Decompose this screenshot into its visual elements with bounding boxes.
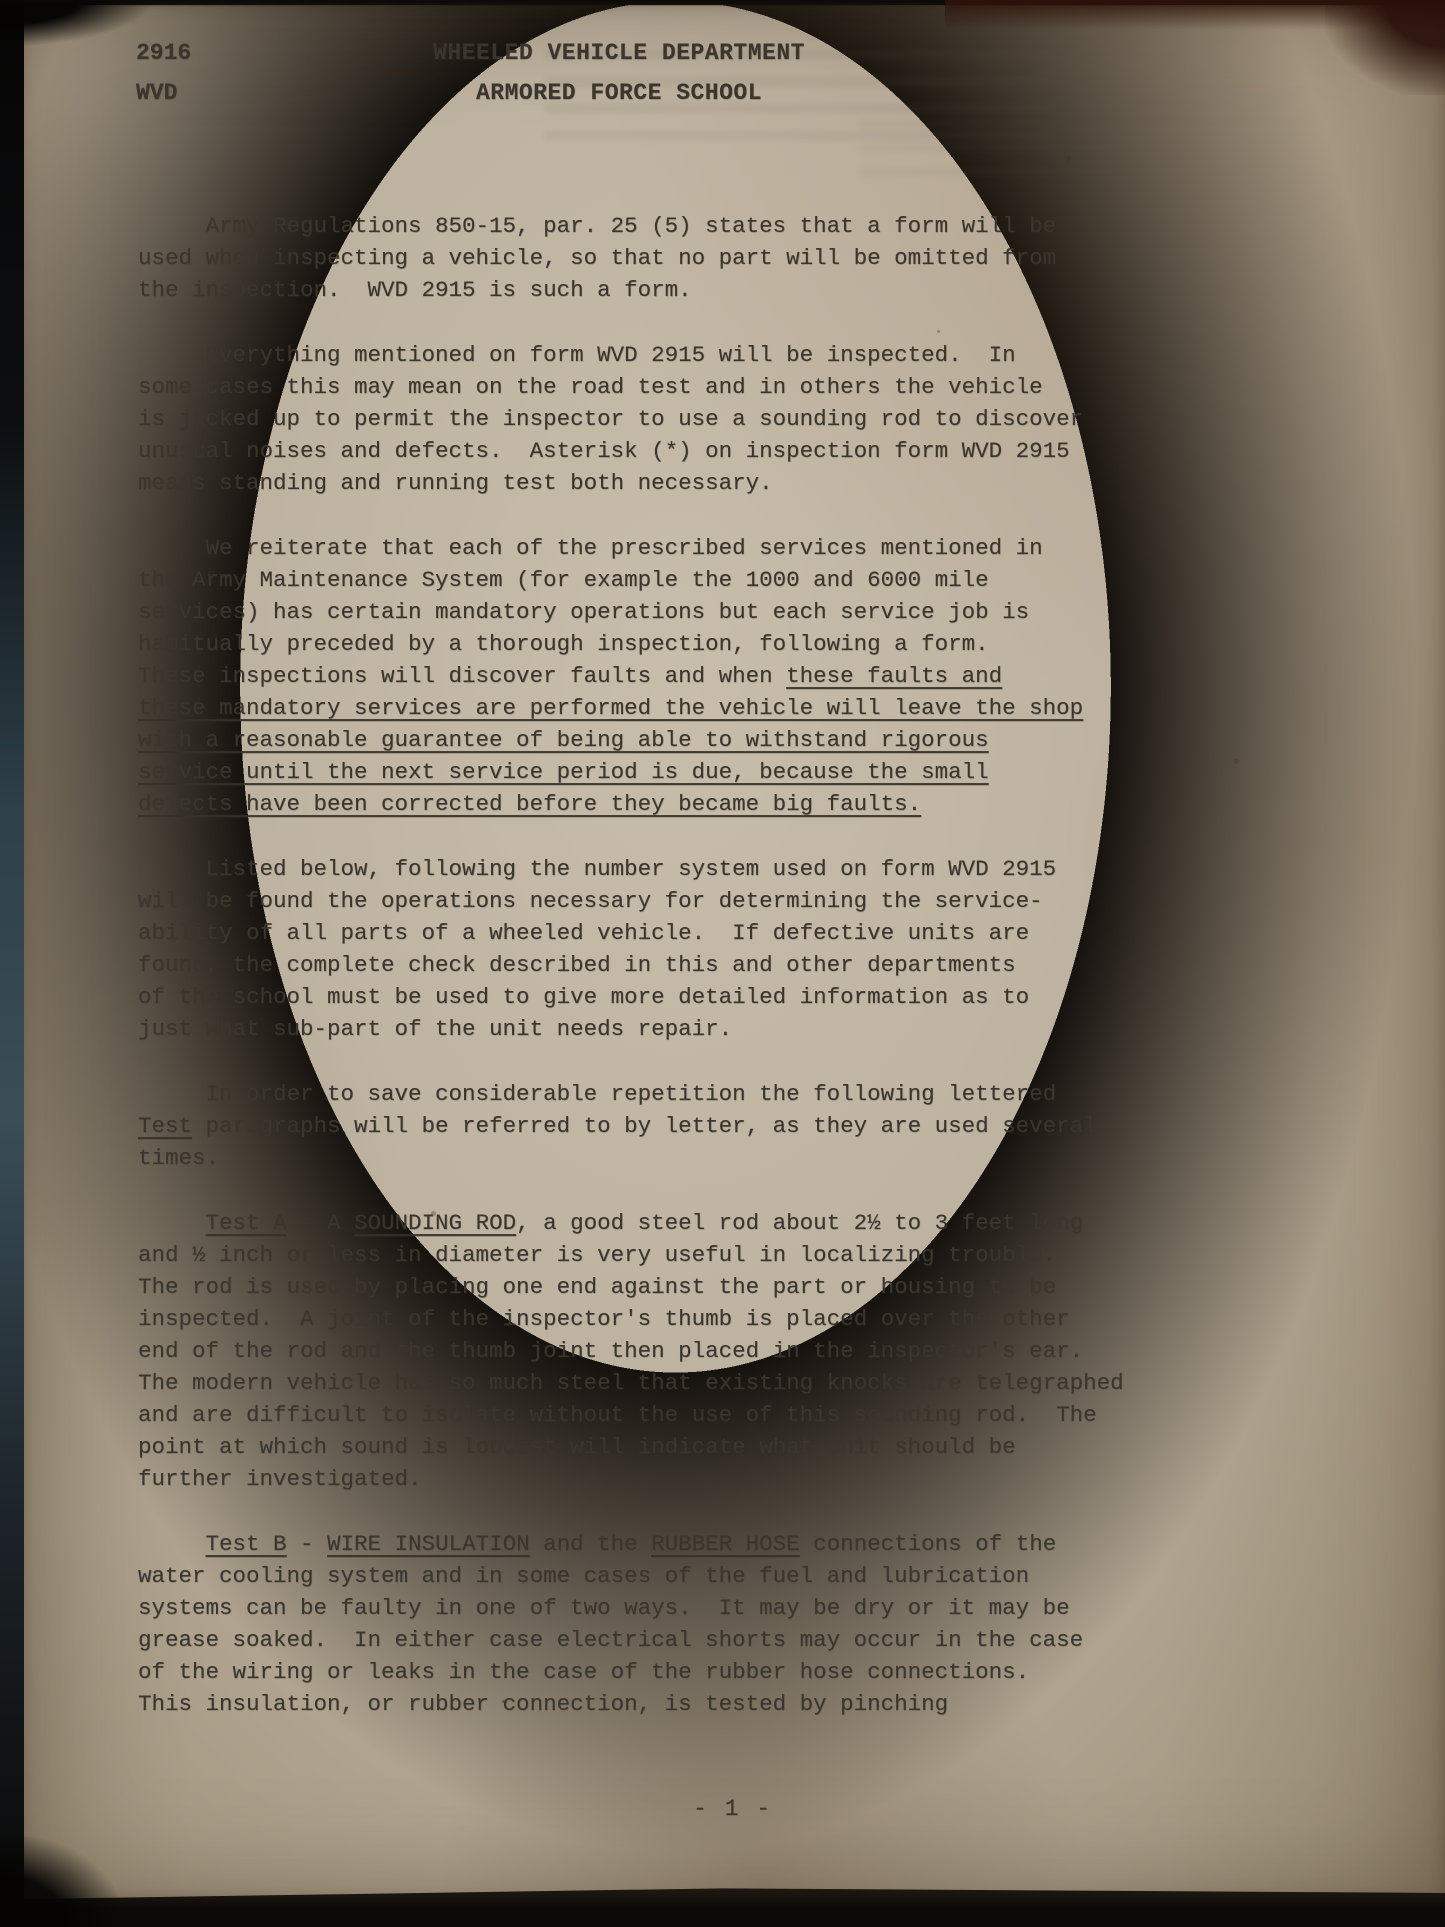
text-line: Everything mentioned on form WVD 2915 wi… [138,339,1124,371]
text-line: is jacked up to permit the inspector to … [138,403,1124,435]
text-line: habitually preceded by a thorough inspec… [138,628,1124,660]
text-line: found, the complete check described in t… [138,949,1124,981]
header-title-line2: ARMORED FORCE SCHOOL [476,80,762,106]
paragraph: Listed below, following the number syste… [138,853,1124,1045]
paragraph: We reiterate that each of the prescribed… [138,532,1124,820]
text-line: Army Regulations 850-15, par. 25 (5) sta… [138,210,1124,242]
scan-corner-shadow-bottom-left [0,1837,120,1927]
text-line: these mandatory services are performed t… [138,692,1124,724]
text-line: of the school must be used to give more … [138,981,1124,1013]
text-line: end of the rod and the thumb joint then … [138,1335,1124,1367]
text-line: just what sub-part of the unit needs rep… [138,1013,1124,1045]
text-line: Test paragraphs will be referred to by l… [138,1110,1124,1142]
scan-corner-shadow-top-right [1325,0,1445,95]
paragraph: Test A - A SOUNDING ROD, a good steel ro… [138,1207,1124,1495]
text-line: The rod is used by placing one end again… [138,1271,1124,1303]
text-line: times. [138,1142,1124,1174]
text-line: service until the next service period is… [138,756,1124,788]
text-line: further investigated. [138,1463,1124,1495]
text-line: ability of all parts of a wheeled vehicl… [138,917,1124,949]
paragraph: Army Regulations 850-15, par. 25 (5) sta… [138,210,1124,306]
typed-content: 2916WVD WHEELED VEHICLE DEPARTMENTARMORE… [0,0,1445,1927]
page-number: - 1 - [20,1796,1445,1822]
text-line: Test A - A SOUNDING ROD, a good steel ro… [138,1207,1124,1239]
text-line: means standing and running test both nec… [138,467,1124,499]
document-body: Army Regulations 850-15, par. 25 (5) sta… [138,210,1124,1753]
text-line: water cooling system and in some cases o… [138,1560,1124,1592]
text-line: some cases this may mean on the road tes… [138,371,1124,403]
text-line: Listed below, following the number syste… [138,853,1124,885]
text-line: and ½ inch or less in diameter is very u… [138,1239,1124,1271]
text-line: and are difficult to isolate without the… [138,1399,1124,1431]
text-line: This insulation, or rubber connection, i… [138,1688,1124,1720]
page-header: WHEELED VEHICLE DEPARTMENTARMORED FORCE … [0,33,1238,113]
text-line: the inspection. WVD 2915 is such a form. [138,274,1124,306]
text-line: point at which sound is loudest will ind… [138,1431,1124,1463]
text-line: The modern vehicle has so much steel tha… [138,1367,1124,1399]
header-title-line1: WHEELED VEHICLE DEPARTMENT [433,40,805,66]
text-line: defects have been corrected before they … [138,788,1124,820]
text-line: In order to save considerable repetition… [138,1078,1124,1110]
paragraph: Test B - WIRE INSULATION and the RUBBER … [138,1528,1124,1720]
text-line: These inspections will discover faults a… [138,660,1124,692]
book-binding-edge [0,0,24,1927]
text-line: of the wiring or leaks in the case of th… [138,1656,1124,1688]
text-line: used when inspecting a vehicle, so that … [138,242,1124,274]
text-line: with a reasonable guarantee of being abl… [138,724,1124,756]
text-line: inspected. A joint of the inspector's th… [138,1303,1124,1335]
text-line: Test B - WIRE INSULATION and the RUBBER … [138,1528,1124,1560]
paragraph: Everything mentioned on form WVD 2915 wi… [138,339,1124,499]
text-line: We reiterate that each of the prescribed… [138,532,1124,564]
text-line: the Army Maintenance System (for example… [138,564,1124,596]
text-line: systems can be faulty in one of two ways… [138,1592,1124,1624]
paragraph: In order to save considerable repetition… [138,1078,1124,1174]
text-line: services) has certain mandatory operatio… [138,596,1124,628]
text-line: will be found the operations necessary f… [138,885,1124,917]
text-line: grease soaked. In either case electrical… [138,1624,1124,1656]
text-line: unusual noises and defects. Asterisk (*)… [138,435,1124,467]
